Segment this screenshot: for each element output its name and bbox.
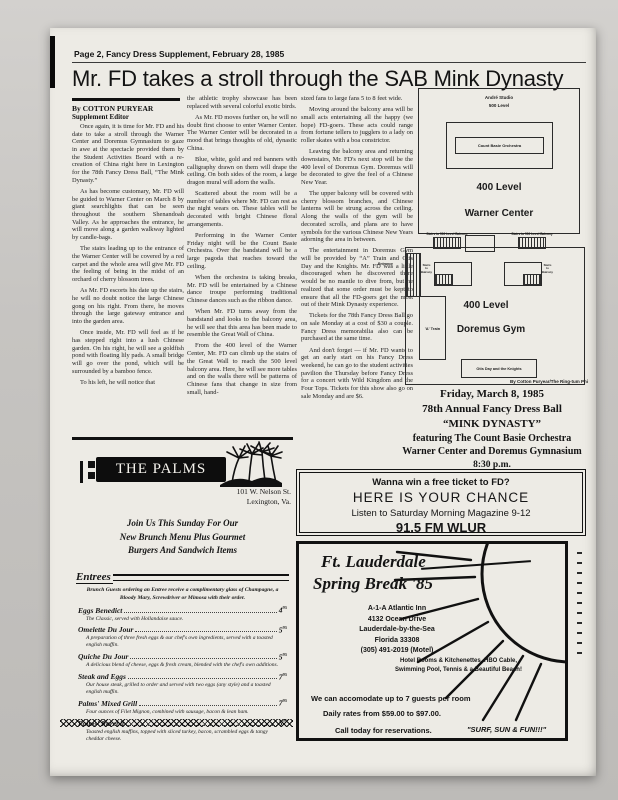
stairs-500-left-label: Stairs to 500 Level Balcony [426, 232, 467, 236]
entrees-header: Entrees [76, 571, 289, 584]
tagline-1: Join Us This Sunday For Our [72, 517, 293, 531]
balcony-room-left [434, 262, 472, 286]
item-name: Eggs Benedict [78, 606, 122, 615]
inn-phone: (305) 491-2019 (Motel) [327, 646, 467, 657]
paragraph: From the 400 level of the Warner Center,… [187, 342, 297, 396]
tagline-2: New Brunch Menu Plus Gourmet [72, 531, 293, 545]
entrance-label: Entrance [378, 262, 393, 266]
palm-trees-icon [218, 441, 284, 487]
item-desc: Our house steak, grilled to order and se… [86, 682, 287, 696]
item-name: Quiche Du Jour [78, 652, 128, 661]
byline-title: Supplement Editor [72, 113, 129, 121]
item-name: Palms' Mixed Grill [78, 699, 137, 708]
wlur-line1: Wanna win a free ticket to FD? [300, 477, 582, 488]
warner-name-label: Warner Center [419, 208, 579, 219]
room-hatch-right [523, 274, 541, 285]
event-announcement: Friday, March 8, 1985 78th Annual Fancy … [396, 388, 588, 470]
balcony-room-right [504, 262, 542, 286]
room-hatch-left [435, 274, 453, 285]
masthead-rule [72, 62, 586, 63]
event-venue: Warner Center and Doremus Gymnasium [396, 446, 588, 457]
menu-item: Palms' Mixed Grill795 Four ounces of Fil… [78, 698, 287, 715]
palms-address: 101 W. Nelson St. Lexington, Va. [237, 487, 291, 507]
paragraph: Once again, it is time for Mr. FD and hi… [72, 123, 184, 185]
tagline-3: Burgers And Sandwich Items [72, 544, 293, 558]
palms-logo-mark-icon [80, 461, 95, 483]
byline: By COTTON PURYEAR [72, 104, 153, 113]
andre-studio-label: André Studio [419, 95, 579, 100]
stairs-balcony-right-label: Stairs to Balcony [542, 264, 553, 274]
menu-item: Steak and Eggs795 Our house steak, grill… [78, 672, 287, 696]
lauderdale-ad-box: Ft. Lauderdale Spring Break '85 A-1-A At… [296, 541, 568, 741]
entrees-word: Entrees [76, 571, 113, 584]
item-desc: Toasted english muffins, topped with sli… [86, 729, 287, 743]
paragraph: the athletic trophy showcase has been re… [187, 95, 297, 110]
entrees-rule [113, 574, 289, 581]
wlur-ad-box: Wanna win a free ticket to FD? HERE IS Y… [296, 469, 586, 536]
spring-break-title: Spring Break '85 [313, 574, 433, 594]
item-price: 595 [279, 625, 287, 635]
inn-city: Lauderdale-by-the-Sea [327, 625, 467, 636]
doremus-floor-label: 400 Level [426, 300, 546, 311]
paragraph: As Mr. FD escorts his date up the stairs… [72, 287, 184, 325]
item-price: 795 [279, 672, 287, 682]
otis-day-stage: Otis Day and the Knights [461, 359, 537, 378]
scan-artifact-dashes [577, 552, 582, 660]
paragraph: The stairs leading up to the entrance of… [72, 245, 184, 283]
event-title: 78th Annual Fancy Dress Ball [396, 403, 588, 415]
paragraph: When the orchestra is taking breaks, Mr.… [187, 274, 297, 305]
event-theme: “MINK DYNASTY” [396, 418, 588, 430]
wlur-line3: Listen to Saturday Morning Magazine 9-12 [300, 508, 582, 519]
event-band: featuring The Count Basie Orchestra [396, 433, 588, 444]
paragraph: As has become customary, Mr. FD will be … [72, 188, 184, 242]
inn-address-block: A-1-A Atlantic Inn 4132 Ocean Drive Laud… [327, 604, 467, 657]
logo-square-bottom [88, 472, 95, 479]
stairs-500-right-label: Stairs to 500 Level Balcony [511, 232, 552, 236]
level-500-label: 500 Level [419, 103, 579, 108]
palms-logo-banner: THE PALMS [96, 457, 226, 482]
palms-top-rule [72, 437, 293, 440]
warner-floor-label: 400 Level [419, 182, 579, 193]
paragraph: Once inside, Mr. FD will feel as if he h… [72, 329, 184, 375]
accommodate-text: We can accomodate up to 7 guests per roo… [311, 694, 470, 703]
brunch-note: Brunch Guests ordering an Entree receive… [80, 587, 285, 602]
item-name: Omelette Du Jour [78, 625, 133, 634]
article-column-2: the athletic trophy showcase has been re… [187, 95, 297, 400]
menu-item: Eggs Benedict495 The Classic, served wit… [78, 605, 287, 622]
call-text: Call today for reservations. [335, 726, 432, 735]
paragraph: When Mr. FD turns away from the bandstan… [187, 308, 297, 339]
paragraph: Performing in the Warner Center Friday n… [187, 232, 297, 270]
inn-state: Florida 33308 [327, 636, 467, 647]
slogan-text: "SURF, SUN & FUN!!!" [467, 725, 546, 734]
dot-leader [128, 678, 277, 679]
floor-plan-map: André Studio 500 Level Count Basie Orche… [370, 86, 588, 388]
paragraph: Blue, white, gold and red banners with c… [187, 156, 297, 187]
scan-artifact-bar [50, 36, 55, 88]
amenities-text: Hotel Rooms & Kitchenettes, HBO Cable, S… [391, 657, 526, 674]
byline-bar [72, 98, 180, 101]
wlur-line2: HERE IS YOUR CHANCE [300, 490, 582, 505]
doremus-gym-outline: Stairs to Balcony Stairs to Balcony 'A' … [405, 247, 585, 385]
newspaper-page: Page 2, Fancy Dress Supplement, February… [0, 0, 618, 800]
article-column-1: Once again, it is time for Mr. FD and hi… [72, 123, 184, 390]
inn-street: 4132 Ocean Drive [327, 615, 467, 626]
palms-taglines: Join Us This Sunday For Our New Brunch M… [72, 517, 293, 558]
item-price: 795 [279, 698, 287, 708]
palms-street: 101 W. Nelson St. [237, 487, 291, 497]
warner-center-outline: André Studio 500 Level Count Basie Orche… [418, 88, 580, 234]
lauderdale-title: Ft. Lauderdale [321, 552, 426, 572]
item-desc: Four ounces of Filet Mignon, combined wi… [86, 709, 287, 716]
menu-item: Omelette Du Jour595 A preparation of thr… [78, 625, 287, 649]
palms-city: Lexington, Va. [237, 497, 291, 507]
item-desc: A delicious blend of cheese, eggs & fres… [86, 662, 287, 669]
dot-leader [139, 705, 277, 706]
dot-leader [135, 631, 276, 632]
zigzag-border [60, 719, 293, 727]
paragraph: To his left, he will notice that [72, 379, 184, 387]
event-date: Friday, March 8, 1985 [396, 388, 588, 400]
doremus-name-label: Doremus Gym [428, 324, 554, 335]
dot-leader [130, 658, 276, 659]
inn-name: A-1-A Atlantic Inn [327, 604, 467, 615]
paragraph: Scattered about the room will be a numbe… [187, 190, 297, 228]
item-desc: A preparation of three fresh eggs & our … [86, 635, 287, 649]
map-credit: By Cotton Puryear/The Ring-tum Phi [510, 379, 588, 384]
paragraph: As Mr. FD moves further on, he will no d… [187, 114, 297, 152]
logo-square-top [88, 461, 95, 468]
rates-text: Daily rates from $59.00 to $97.00. [323, 709, 441, 718]
menu-item: Quiche Du Jour595 A delicious blend of c… [78, 652, 287, 669]
count-basie-bandstand: Count Basie Orchestra [455, 137, 544, 154]
dot-leader [124, 612, 276, 613]
stairs-balcony-left-label: Stairs to Balcony [421, 264, 432, 274]
item-name: Steak and Eggs [78, 672, 126, 681]
item-desc: The Classic, served with Hollandaise sau… [86, 616, 287, 623]
bandstand-outline: Count Basie Orchestra [446, 122, 553, 169]
item-price: 495 [279, 605, 287, 615]
item-price: 595 [279, 652, 287, 662]
entrance-hatch [406, 253, 421, 297]
wlur-station: 91.5 FM WLUR [300, 520, 582, 535]
masthead: Page 2, Fancy Dress Supplement, February… [74, 49, 284, 59]
palms-ad: THE PALMS 101 W. Nelson St. Lexington, V… [72, 437, 293, 733]
